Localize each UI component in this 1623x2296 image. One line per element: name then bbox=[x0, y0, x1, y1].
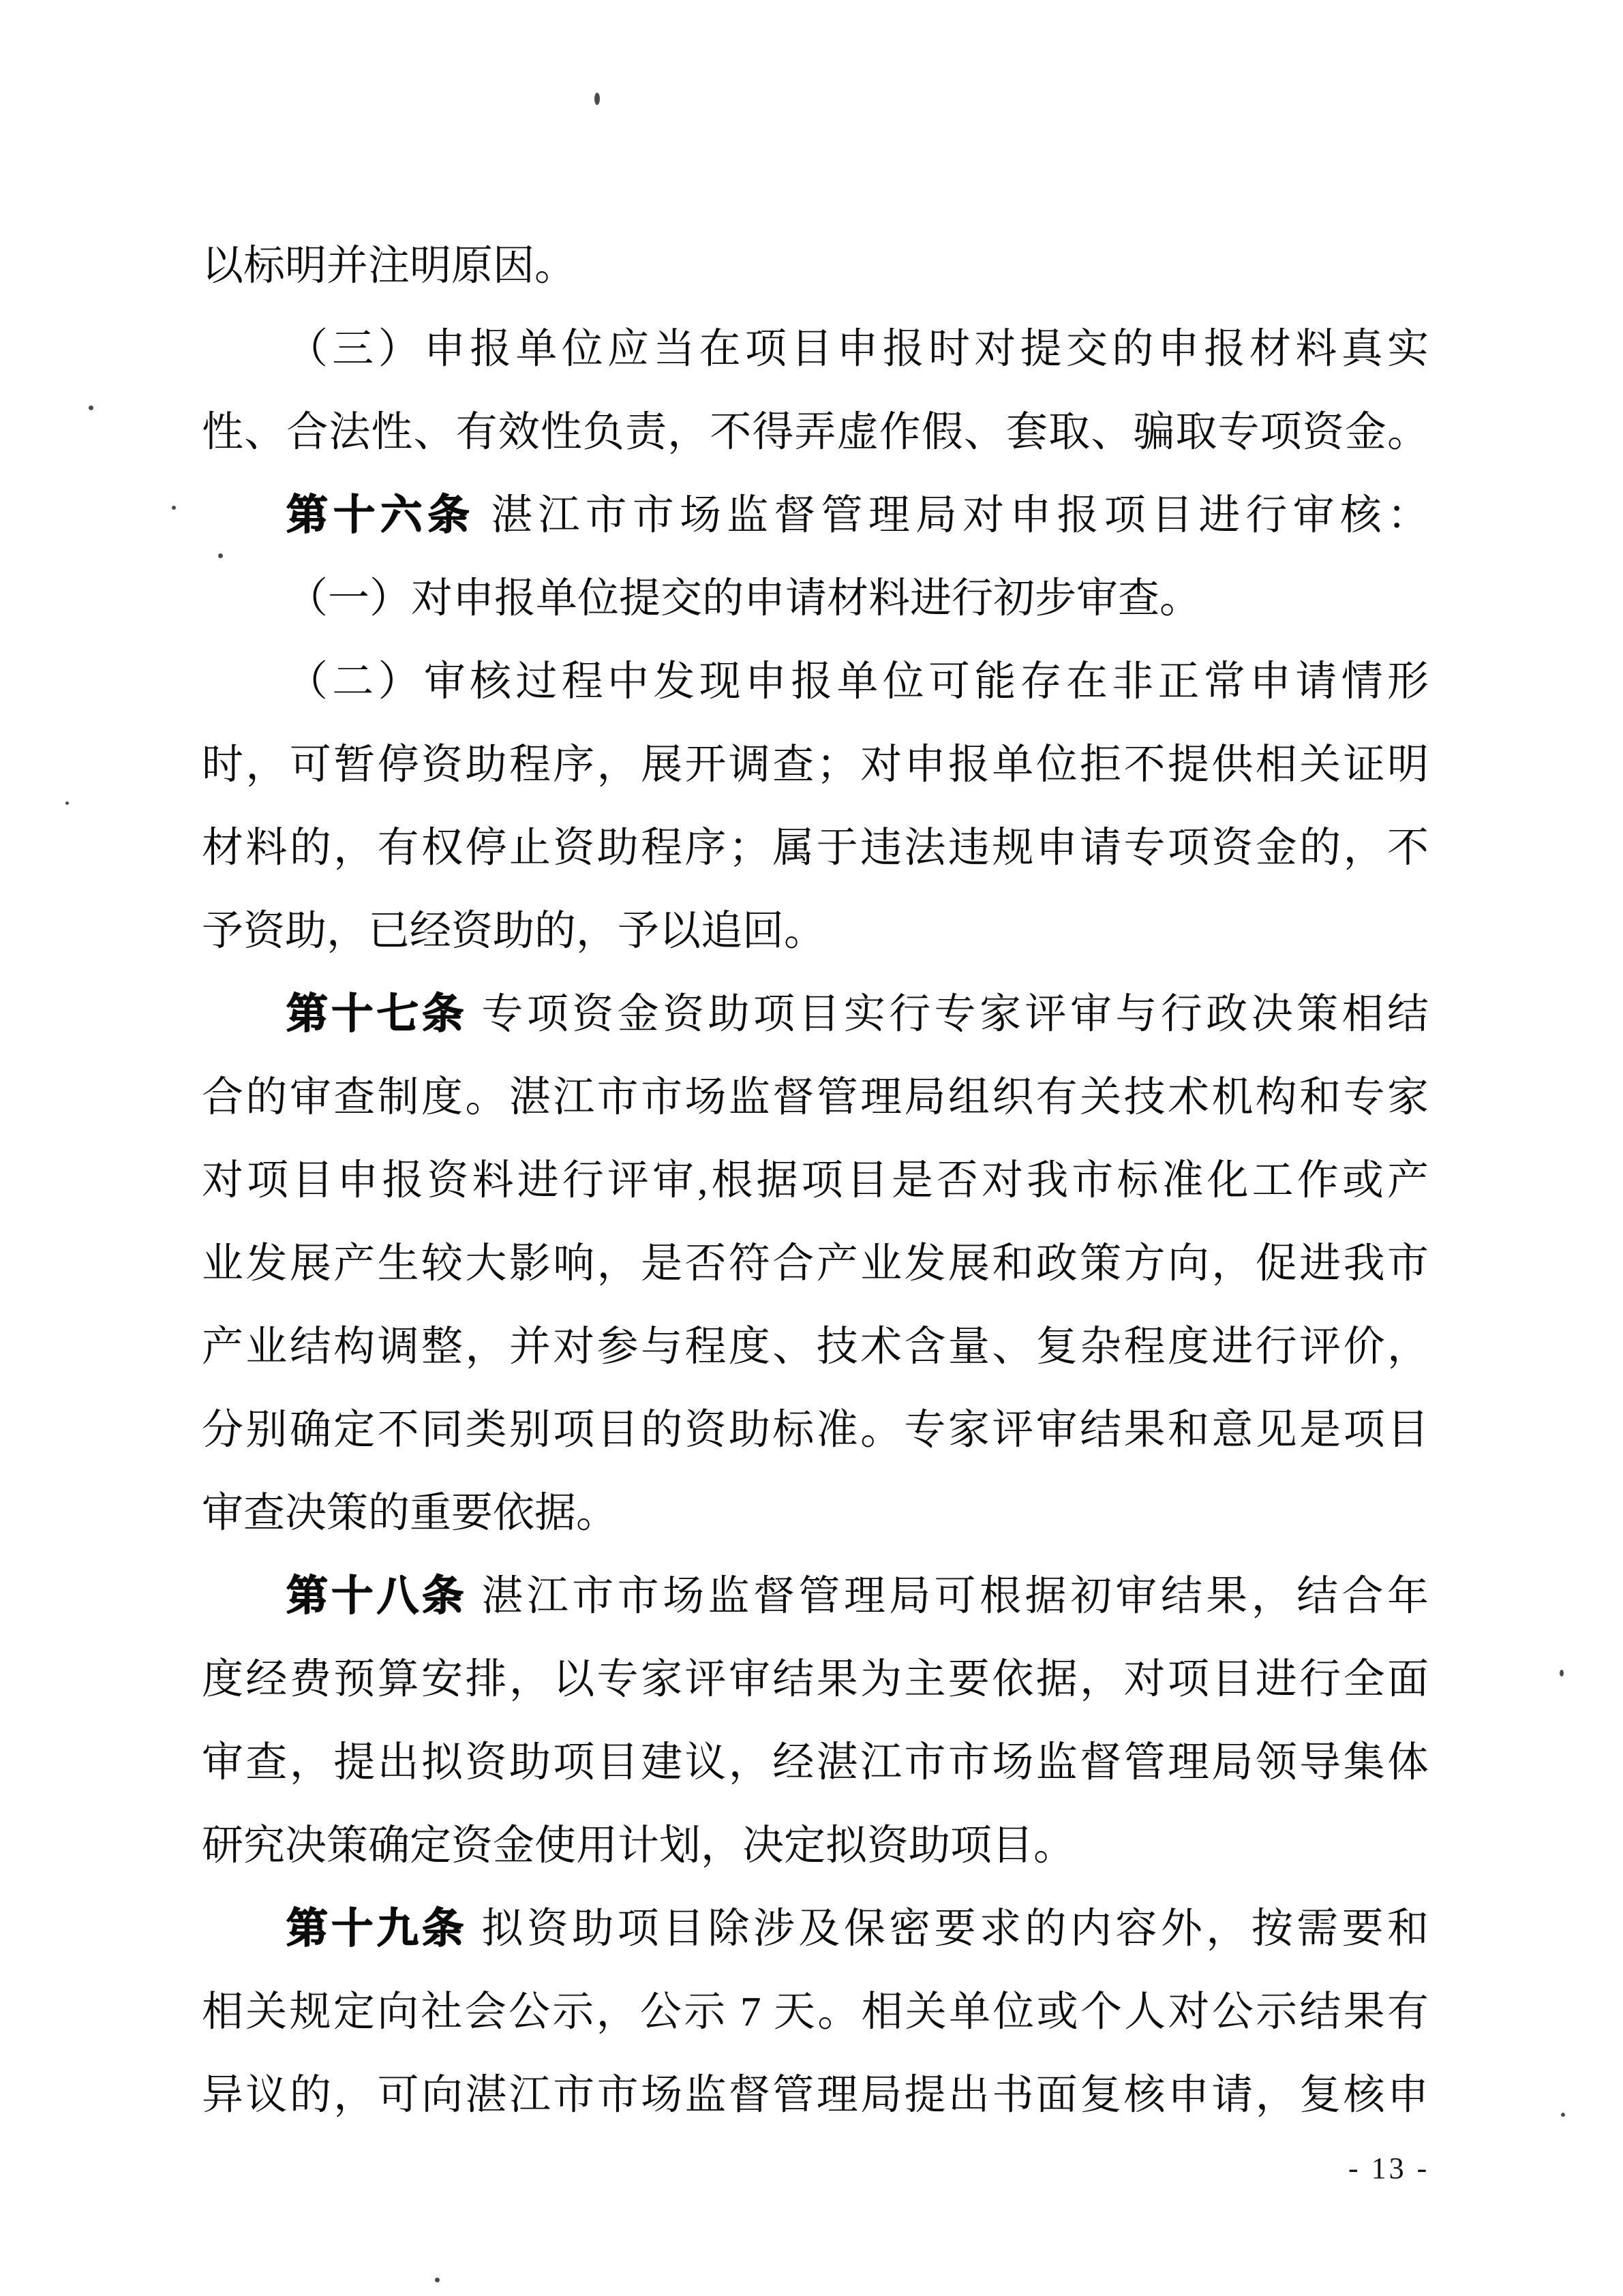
text-line: 研究决策确定资金使用计划，决定拟资助项目。 bbox=[202, 1805, 1429, 1888]
text-run: 湛江市市场监督管理局对申报项目进行审核： bbox=[475, 493, 1429, 538]
text-run: （一）对申报单位提交的申请材料进行初步审查。 bbox=[286, 576, 1201, 622]
text-line: 对项目申报资料进行评审,根据项目是否对我市标准化工作或产 bbox=[202, 1139, 1429, 1223]
scan-speck bbox=[1561, 2113, 1565, 2117]
text-run: 审查，提出拟资助项目建议，经湛江市市场监督管理局领导集体 bbox=[202, 1740, 1429, 1786]
scan-speck bbox=[89, 405, 93, 410]
text-run: （二）审核过程中发现申报单位可能存在非正常申请情形 bbox=[286, 659, 1429, 705]
text-line: 时，可暂停资助程序，展开调查；对申报单位拒不提供相关证明 bbox=[202, 724, 1429, 807]
text-run: 异议的，可向湛江市市场监督管理局提出书面复核申请，复核申 bbox=[202, 2072, 1429, 2118]
document-page: 以标明并注明原因。（三）申报单位应当在项目申报时对提交的申报材料真实性、合法性、… bbox=[0, 0, 1623, 2296]
text-run: 产业结构调整，并对参与程度、技术含量、复杂程度进行评价， bbox=[202, 1324, 1429, 1370]
text-line: 第十九条 拟资助项目除涉及保密要求的内容外，按需要和 bbox=[202, 1888, 1429, 1971]
text-run: 专项资金资助项目实行专家评审与行政决策相结 bbox=[468, 992, 1429, 1037]
text-run: 度经费预算安排，以专家评审结果为主要依据，对项目进行全面 bbox=[202, 1657, 1429, 1702]
text-line: 第十七条 专项资金资助项目实行专家评审与行政决策相结 bbox=[202, 973, 1429, 1056]
text-run: 合的审查制度。湛江市市场监督管理局组织有关技术机构和专家 bbox=[202, 1075, 1429, 1120]
scan-speck bbox=[172, 506, 176, 510]
article-number: 第十六条 bbox=[286, 493, 475, 538]
scan-speck bbox=[65, 801, 69, 805]
text-line: 性、合法性、有效性负责，不得弄虚作假、套取、骗取专项资金。 bbox=[202, 391, 1429, 474]
text-run: 湛江市市场监督管理局可根据初审结果，结合年 bbox=[468, 1574, 1429, 1619]
text-line: （二）审核过程中发现申报单位可能存在非正常申请情形 bbox=[202, 641, 1429, 724]
text-line: 相关规定向社会公示，公示 7 天。相关单位或个人对公示结果有 bbox=[202, 1971, 1429, 2054]
scan-speck bbox=[594, 93, 600, 105]
text-line: 材料的，有权停止资助程序；属于违法违规申请专项资金的，不 bbox=[202, 807, 1429, 890]
text-line: 予资助，已经资助的，予以追回。 bbox=[202, 890, 1429, 973]
scan-speck bbox=[218, 553, 223, 558]
text-line: 度经费预算安排，以专家评审结果为主要依据，对项目进行全面 bbox=[202, 1638, 1429, 1721]
text-run: 对项目申报资料进行评审,根据项目是否对我市标准化工作或产 bbox=[202, 1158, 1429, 1204]
text-line: 业发展产生较大影响，是否符合产业发展和政策方向，促进我市 bbox=[202, 1223, 1429, 1306]
scan-speck bbox=[435, 2278, 440, 2282]
text-line: 第十六条 湛江市市场监督管理局对申报项目进行审核： bbox=[202, 474, 1429, 557]
text-run: 时，可暂停资助程序，展开调查；对申报单位拒不提供相关证明 bbox=[202, 742, 1429, 788]
text-line: 产业结构调整，并对参与程度、技术含量、复杂程度进行评价， bbox=[202, 1306, 1429, 1389]
text-line: （一）对申报单位提交的申请材料进行初步审查。 bbox=[202, 557, 1429, 641]
article-number: 第十八条 bbox=[286, 1574, 468, 1619]
text-run: 以标明并注明原因。 bbox=[202, 243, 576, 289]
text-run: 材料的，有权停止资助程序；属于违法违规申请专项资金的，不 bbox=[202, 825, 1429, 871]
text-line: 分别确定不同类别项目的资助标准。专家评审结果和意见是项目 bbox=[202, 1389, 1429, 1472]
text-line: 合的审查制度。湛江市市场监督管理局组织有关技术机构和专家 bbox=[202, 1056, 1429, 1139]
article-number: 第十九条 bbox=[286, 1906, 468, 1952]
text-line: 审查决策的重要依据。 bbox=[202, 1472, 1429, 1555]
text-line: 以标明并注明原因。 bbox=[202, 225, 1429, 308]
text-line: 审查，提出拟资助项目建议，经湛江市市场监督管理局领导集体 bbox=[202, 1721, 1429, 1805]
article-number: 第十七条 bbox=[286, 992, 468, 1037]
text-run: 研究决策确定资金使用计划，决定拟资助项目。 bbox=[202, 1823, 1075, 1869]
text-line: 异议的，可向湛江市市场监督管理局提出书面复核申请，复核申 bbox=[202, 2054, 1429, 2137]
text-run: 相关规定向社会公示，公示 7 天。相关单位或个人对公示结果有 bbox=[202, 1989, 1429, 2035]
text-run: 予资助，已经资助的，予以追回。 bbox=[202, 908, 825, 954]
page-number: - 13 - bbox=[1348, 2151, 1429, 2186]
scan-speck bbox=[1560, 1670, 1564, 1677]
text-line: （三）申报单位应当在项目申报时对提交的申报材料真实 bbox=[202, 308, 1429, 391]
text-run: （三）申报单位应当在项目申报时对提交的申报材料真实 bbox=[286, 326, 1429, 372]
text-run: 分别确定不同类别项目的资助标准。专家评审结果和意见是项目 bbox=[202, 1407, 1429, 1453]
text-run: 审查决策的重要依据。 bbox=[202, 1490, 618, 1536]
text-run: 性、合法性、有效性负责，不得弄虚作假、套取、骗取专项资金。 bbox=[202, 410, 1429, 455]
text-block: 以标明并注明原因。（三）申报单位应当在项目申报时对提交的申报材料真实性、合法性、… bbox=[202, 225, 1429, 2137]
text-run: 业发展产生较大影响，是否符合产业发展和政策方向，促进我市 bbox=[202, 1241, 1429, 1287]
text-line: 第十八条 湛江市市场监督管理局可根据初审结果，结合年 bbox=[202, 1555, 1429, 1638]
text-run: 拟资助项目除涉及保密要求的内容外，按需要和 bbox=[468, 1906, 1429, 1952]
